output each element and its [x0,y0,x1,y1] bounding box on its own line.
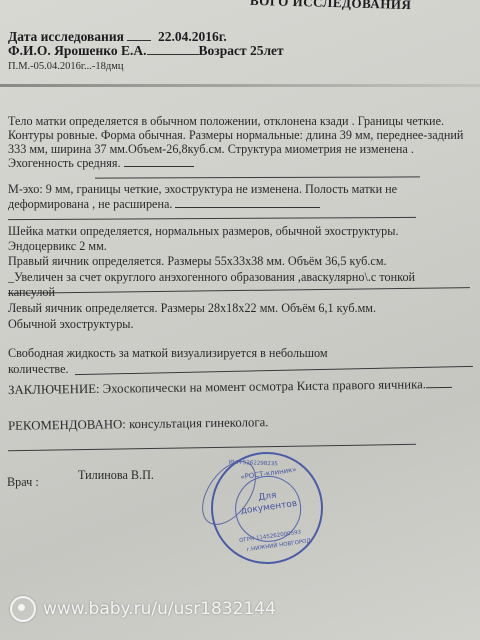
photo-shadow [0,84,480,87]
exam-date-label: Дата исследования [8,29,124,44]
watermark: www.baby.ru/u/usr1832144 [10,596,276,622]
age-value: 25лет [250,43,284,58]
m-echo-line-1: М-эхо: 9 мм, границы четкие, эхоструктур… [8,182,397,196]
patient-name-value: Ярошенко Е.А. [54,43,146,58]
age-label: Возраст [199,43,247,58]
right-ovary-line-1: Правый яичник определяется. Размеры 55х3… [8,254,387,268]
divider [8,217,416,220]
uterus-line-3: 333 мм, ширина 37 мм.Объем-26,8куб.см. С… [8,142,414,156]
cervix-line-1: Шейка матки определяется, нормальных раз… [8,224,399,238]
exam-date-row: Дата исследования 22.04.2016г. [8,30,227,44]
free-fluid-line-1: Свободная жидкость за маткой визуализиру… [8,346,328,360]
divider [8,444,416,451]
baby-ru-logo-icon [10,596,36,622]
medical-report-page: ВОГО ИССЛЕДОВАНИЯ Дата исследования 22.0… [0,0,480,640]
divider [75,366,473,375]
cervix-line-2: Эндоцервикс 2 мм. [8,239,107,253]
uterus-line-2: Контуры ровные. Форма обычная. Размеры н… [8,128,463,142]
free-fluid-line-2: количестве. [8,362,69,376]
divider [95,176,420,178]
left-ovary-line-2: Обычной эхоструктуры. [8,317,134,331]
watermark-text: www.baby.ru/u/usr1832144 [43,599,276,619]
uterus-line-1: Тело матки определяется в обычном положе… [8,114,444,128]
document-title: ВОГО ИССЛЕДОВАНИЯ [250,0,412,13]
recommendation: РЕКОМЕНДОВАНО: консультация гинеколога. [8,415,269,433]
divider [8,287,470,294]
m-echo-line-2: деформирована , не расширена. [8,197,320,211]
exam-date-value: 22.04.2016г. [158,29,227,44]
right-ovary-line-2: _Увеличен за счет округлого анэхогенного… [8,270,415,284]
patient-row: Ф.И.О. Ярошенко Е.А.Возраст 25лет [8,44,284,58]
right-ovary-line-3: капсулой [8,285,55,299]
left-ovary-line-1: Левый яичник определяется. Размеры 28х18… [8,301,376,315]
uterus-line-4: Эхогенность средняя. [8,156,194,170]
conclusion: ЗАКЛЮЧЕНИЕ: Эхоскопически на момент осмо… [8,377,452,397]
doctor-name: Тилинова В.П. [78,468,154,482]
patient-name-label: Ф.И.О. [8,43,51,58]
doctor-label: Врач : [7,475,39,489]
stamp-org: ИНН 5262298235 [229,460,278,468]
last-period-line: П.М.-05.04.2016г...-18дмц [8,60,124,74]
clinic-stamp: ИНН 5262298235 «РОСТ-клиник» Для докумен… [204,445,330,571]
